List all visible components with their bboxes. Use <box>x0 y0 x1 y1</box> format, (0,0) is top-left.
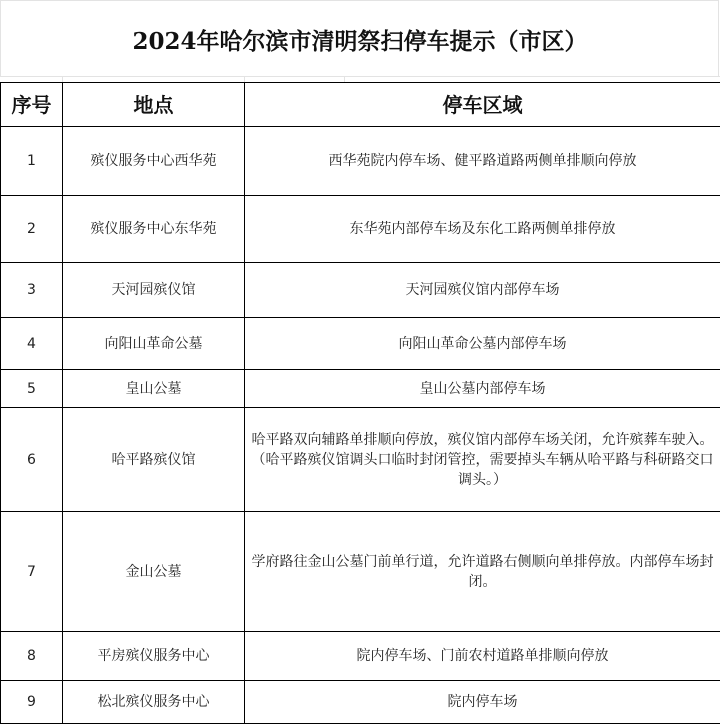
location-cell: 天河园殡仪馆 <box>63 263 245 318</box>
parking-area-cell: 学府路往金山公墓门前单行道，允许道路右侧顺向单排停放。内部停车场封闭。 <box>245 512 720 632</box>
row-number: 8 <box>1 632 63 681</box>
row-number: 6 <box>1 408 63 512</box>
page-title: 2024年哈尔滨市清明祭扫停车提示（市区） <box>0 0 720 78</box>
parking-area-cell: 哈平路双向辅路单排顺向停放，殡仪馆内部停车场关闭，允许殡葬车驶入。（哈平路殡仪馆… <box>245 408 720 512</box>
parking-area-cell: 院内停车场 <box>245 681 720 724</box>
row-number: 1 <box>1 127 63 196</box>
parking-area-cell: 天河园殡仪馆内部停车场 <box>245 263 720 318</box>
row-number: 7 <box>1 512 63 632</box>
parking-table: 序号 地点 停车区域 1 殡仪服务中心西华苑 西华苑院内停车场、健平路道路两侧单… <box>0 82 720 724</box>
table-row: 7 金山公墓 学府路往金山公墓门前单行道，允许道路右侧顺向单排停放。内部停车场封… <box>1 512 720 632</box>
table-row: 6 哈平路殡仪馆 哈平路双向辅路单排顺向停放，殡仪馆内部停车场关闭，允许殡葬车驶… <box>1 408 720 512</box>
location-cell: 金山公墓 <box>63 512 245 632</box>
table-row: 9 松北殡仪服务中心 院内停车场 <box>1 681 720 724</box>
gridline <box>0 76 720 77</box>
location-cell: 殡仪服务中心西华苑 <box>63 127 245 196</box>
column-header-location: 地点 <box>63 83 245 127</box>
table-row: 1 殡仪服务中心西华苑 西华苑院内停车场、健平路道路两侧单排顺向停放 <box>1 127 720 196</box>
parking-area-cell: 院内停车场、门前农村道路单排顺向停放 <box>245 632 720 681</box>
row-number: 9 <box>1 681 63 724</box>
row-number: 3 <box>1 263 63 318</box>
location-cell: 松北殡仪服务中心 <box>63 681 245 724</box>
header-row: 序号 地点 停车区域 <box>1 83 720 127</box>
table-row: 3 天河园殡仪馆 天河园殡仪馆内部停车场 <box>1 263 720 318</box>
location-cell: 平房殡仪服务中心 <box>63 632 245 681</box>
location-cell: 皇山公墓 <box>63 370 245 408</box>
parking-area-cell: 西华苑院内停车场、健平路道路两侧单排顺向停放 <box>245 127 720 196</box>
location-cell: 向阳山革命公墓 <box>63 318 245 370</box>
column-header-no: 序号 <box>1 83 63 127</box>
parking-area-cell: 东华苑内部停车场及东化工路两侧单排停放 <box>245 196 720 263</box>
row-number: 2 <box>1 196 63 263</box>
location-cell: 哈平路殡仪馆 <box>63 408 245 512</box>
location-cell: 殡仪服务中心东华苑 <box>63 196 245 263</box>
table-row: 5 皇山公墓 皇山公墓内部停车场 <box>1 370 720 408</box>
table-row: 4 向阳山革命公墓 向阳山革命公墓内部停车场 <box>1 318 720 370</box>
spreadsheet-sheet: 2024年哈尔滨市清明祭扫停车提示（市区） 序号 地点 停车区域 1 殡仪服务中… <box>0 0 720 724</box>
row-number: 4 <box>1 318 63 370</box>
parking-area-cell: 皇山公墓内部停车场 <box>245 370 720 408</box>
table-row: 8 平房殡仪服务中心 院内停车场、门前农村道路单排顺向停放 <box>1 632 720 681</box>
parking-area-cell: 向阳山革命公墓内部停车场 <box>245 318 720 370</box>
row-number: 5 <box>1 370 63 408</box>
table-row: 2 殡仪服务中心东华苑 东华苑内部停车场及东化工路两侧单排停放 <box>1 196 720 263</box>
column-header-parking-area: 停车区域 <box>245 83 720 127</box>
